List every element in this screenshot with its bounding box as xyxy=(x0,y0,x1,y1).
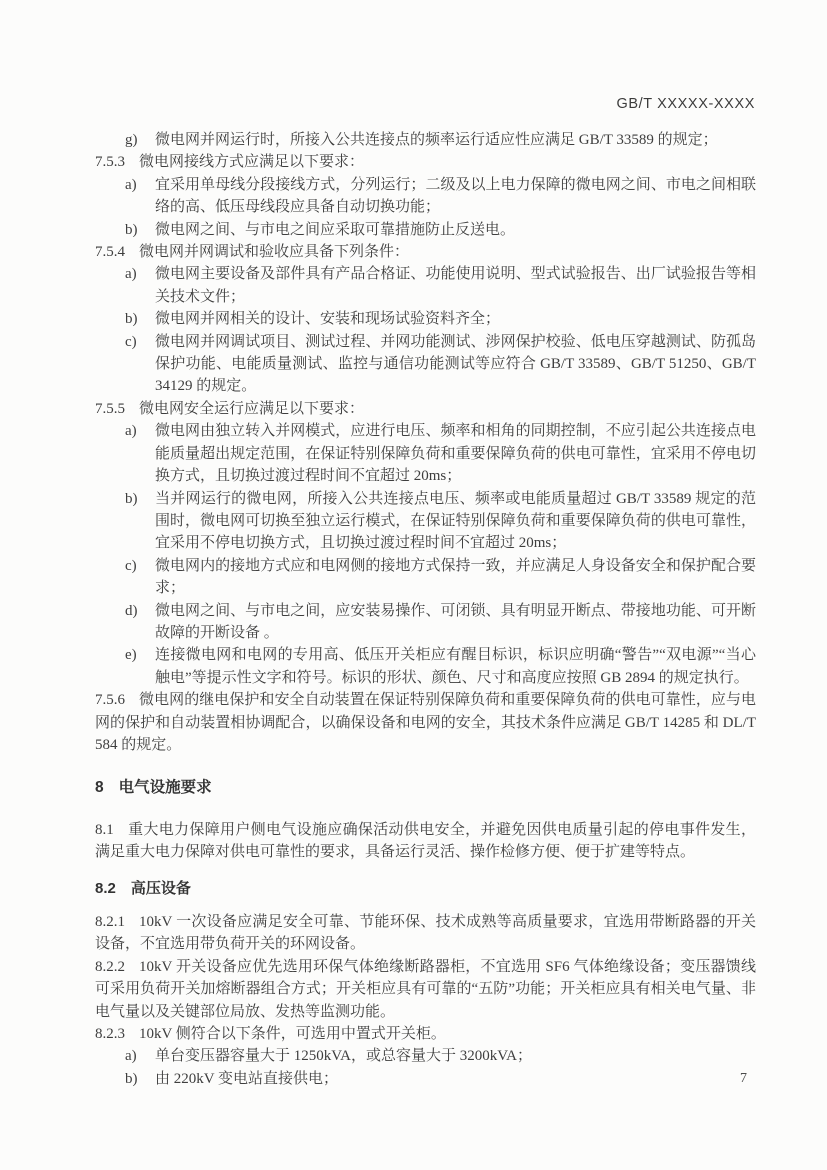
clause-number: 7.5.5 xyxy=(95,401,125,417)
clause-text: 微电网安全运行应满足以下要求： xyxy=(139,401,364,417)
item-8-2-3-b: b) 由 220kV 变电站直接供电； xyxy=(95,1068,756,1090)
item-label: g) xyxy=(125,129,138,151)
document-page: GB/T XXXXX-XXXX g) 微电网并网运行时，所接入公共连接点的频率运… xyxy=(0,0,827,1170)
item-text: 微电网并网运行时，所接入公共连接点的频率运行适应性应满足 GB/T 33589 … xyxy=(155,132,718,148)
item-label: b) xyxy=(125,219,138,241)
item-text: 单台变压器容量大于 1250kVA，或总容量大于 3200kVA； xyxy=(155,1048,532,1064)
page-number: 7 xyxy=(740,1071,747,1087)
item-label: a) xyxy=(125,420,137,442)
item-text: 微电网并网相关的设计、安装和现场试验资料齐全； xyxy=(155,311,500,327)
item-7-5-5-c: c) 微电网内的接地方式应和电网侧的接地方式保持一致，并应满足人身设备安全和保护… xyxy=(95,555,756,600)
item-label: a) xyxy=(125,174,137,196)
item-text: 宜采用单母线分段接线方式，分列运行；二级及以上电力保障的微电网之间、市电之间相联… xyxy=(155,177,756,215)
running-header: GB/T XXXXX-XXXX xyxy=(617,96,755,112)
item-label: c) xyxy=(125,331,137,353)
item-text: 当并网运行的微电网，所接入公共连接点电压、频率或电能质量超过 GB/T 3358… xyxy=(155,491,756,552)
item-text: 由 220kV 变电站直接供电； xyxy=(155,1071,338,1087)
item-label: b) xyxy=(125,1068,138,1090)
item-7-5-5-b: b) 当并网运行的微电网，所接入公共连接点电压、频率或电能质量超过 GB/T 3… xyxy=(95,488,756,555)
clause-text: 10kV 开关设备应优先选用环保气体绝缘断路器柜，不宜选用 SF6 气体绝缘设备… xyxy=(95,959,756,1020)
section-heading-8: 8电气设施要求 xyxy=(95,777,756,799)
item-label: b) xyxy=(125,488,138,510)
item-label: a) xyxy=(125,263,137,285)
item-7-5-4-a: a) 微电网主要设备及部件具有产品合格证、功能使用说明、型式试验报告、出厂试验报… xyxy=(95,263,756,308)
clause-number: 7.5.6 xyxy=(95,692,125,708)
item-text: 微电网主要设备及部件具有产品合格证、功能使用说明、型式试验报告、出厂试验报告等相… xyxy=(155,266,756,304)
item-label: b) xyxy=(125,308,138,330)
clause-text: 微电网并网调试和验收应具备下列条件： xyxy=(139,244,409,260)
clause-text: 重大电力保障用户侧电气设施应确保活动供电安全，并避免因供电质量引起的停电事件发生… xyxy=(95,822,756,860)
clause-8-2-1: 8.2.110kV 一次设备应满足安全可靠、节能环保、技术成熟等高质量要求，宜选… xyxy=(95,911,756,956)
clause-text: 10kV 侧符合以下条件，可选用中置式开关柜。 xyxy=(139,1026,446,1042)
item-7-5-5-d: d) 微电网之间、与市电之间，应安装易操作、可闭锁、具有明显开断点、带接地功能、… xyxy=(95,600,756,645)
item-7-5-4-b: b) 微电网并网相关的设计、安装和现场试验资料齐全； xyxy=(95,308,756,330)
clause-7-5-5: 7.5.5微电网安全运行应满足以下要求： xyxy=(95,398,756,420)
clause-8-1: 8.1重大电力保障用户侧电气设施应确保活动供电安全，并避免因供电质量引起的停电事… xyxy=(95,819,756,864)
clause-8-2-3: 8.2.310kV 侧符合以下条件，可选用中置式开关柜。 xyxy=(95,1023,756,1045)
section-number: 8.2 xyxy=(95,880,116,897)
clause-7-5-4: 7.5.4微电网并网调试和验收应具备下列条件： xyxy=(95,241,756,263)
clause-number: 7.5.3 xyxy=(95,154,125,170)
clause-number: 8.2.1 xyxy=(95,914,125,930)
clause-text: 10kV 一次设备应满足安全可靠、节能环保、技术成熟等高质量要求，宜选用带断路器… xyxy=(95,914,756,952)
item-text: 微电网之间、与市电之间，应安装易操作、可闭锁、具有明显开断点、带接地功能、可开断… xyxy=(155,603,756,641)
item-7-5-5-e: e) 连接微电网和电网的专用高、低压开关柜应有醒目标识，标识应明确“警告”“双电… xyxy=(95,644,756,689)
item-label: d) xyxy=(125,600,138,622)
item-text: 微电网内的接地方式应和电网侧的接地方式保持一致，并应满足人身设备安全和保护配合要… xyxy=(155,558,756,596)
section-number: 8 xyxy=(95,779,104,796)
item-text: 微电网之间、与市电之间应采取可靠措施防止反送电。 xyxy=(155,222,515,238)
section-title: 电气设施要求 xyxy=(119,779,212,796)
item-text: 微电网由独立转入并网模式，应进行电压、频率和相角的同期控制，不应引起公共连接点电… xyxy=(155,423,756,484)
clause-number: 8.1 xyxy=(95,822,114,838)
item-text: 微电网并网调试项目、测试过程、并网功能测试、涉网保护校验、低电压穿越测试、防孤岛… xyxy=(155,334,756,395)
item-label: e) xyxy=(125,644,137,666)
clause-number: 7.5.4 xyxy=(95,244,125,260)
item-text: 连接微电网和电网的专用高、低压开关柜应有醒目标识，标识应明确“警告”“双电源”“… xyxy=(155,647,756,685)
clause-text: 微电网的继电保护和安全自动装置在保证特别保障负荷和重要保障负荷的供电可靠性，应与… xyxy=(95,692,756,753)
item-7-5-3-b: b) 微电网之间、与市电之间应采取可靠措施防止反送电。 xyxy=(95,219,756,241)
item-label: a) xyxy=(125,1045,137,1067)
section-heading-8-2: 8.2高压设备 xyxy=(95,878,756,900)
clause-number: 8.2.2 xyxy=(95,959,125,975)
item-7-5-5-a: a) 微电网由独立转入并网模式，应进行电压、频率和相角的同期控制，不应引起公共连… xyxy=(95,420,756,487)
document-body: g) 微电网并网运行时，所接入公共连接点的频率运行适应性应满足 GB/T 335… xyxy=(95,129,756,1090)
item-8-2-3-a: a) 单台变压器容量大于 1250kVA，或总容量大于 3200kVA； xyxy=(95,1045,756,1067)
item-g: g) 微电网并网运行时，所接入公共连接点的频率运行适应性应满足 GB/T 335… xyxy=(95,129,756,151)
clause-7-5-6: 7.5.6微电网的继电保护和安全自动装置在保证特别保障负荷和重要保障负荷的供电可… xyxy=(95,689,756,756)
item-7-5-4-c: c) 微电网并网调试项目、测试过程、并网功能测试、涉网保护校验、低电压穿越测试、… xyxy=(95,331,756,398)
clause-text: 微电网接线方式应满足以下要求： xyxy=(139,154,364,170)
clause-number: 8.2.3 xyxy=(95,1026,125,1042)
clause-8-2-2: 8.2.210kV 开关设备应优先选用环保气体绝缘断路器柜，不宜选用 SF6 气… xyxy=(95,956,756,1023)
item-label: c) xyxy=(125,555,137,577)
item-7-5-3-a: a) 宜采用单母线分段接线方式，分列运行；二级及以上电力保障的微电网之间、市电之… xyxy=(95,174,756,219)
clause-7-5-3: 7.5.3微电网接线方式应满足以下要求： xyxy=(95,151,756,173)
section-title: 高压设备 xyxy=(131,880,191,897)
